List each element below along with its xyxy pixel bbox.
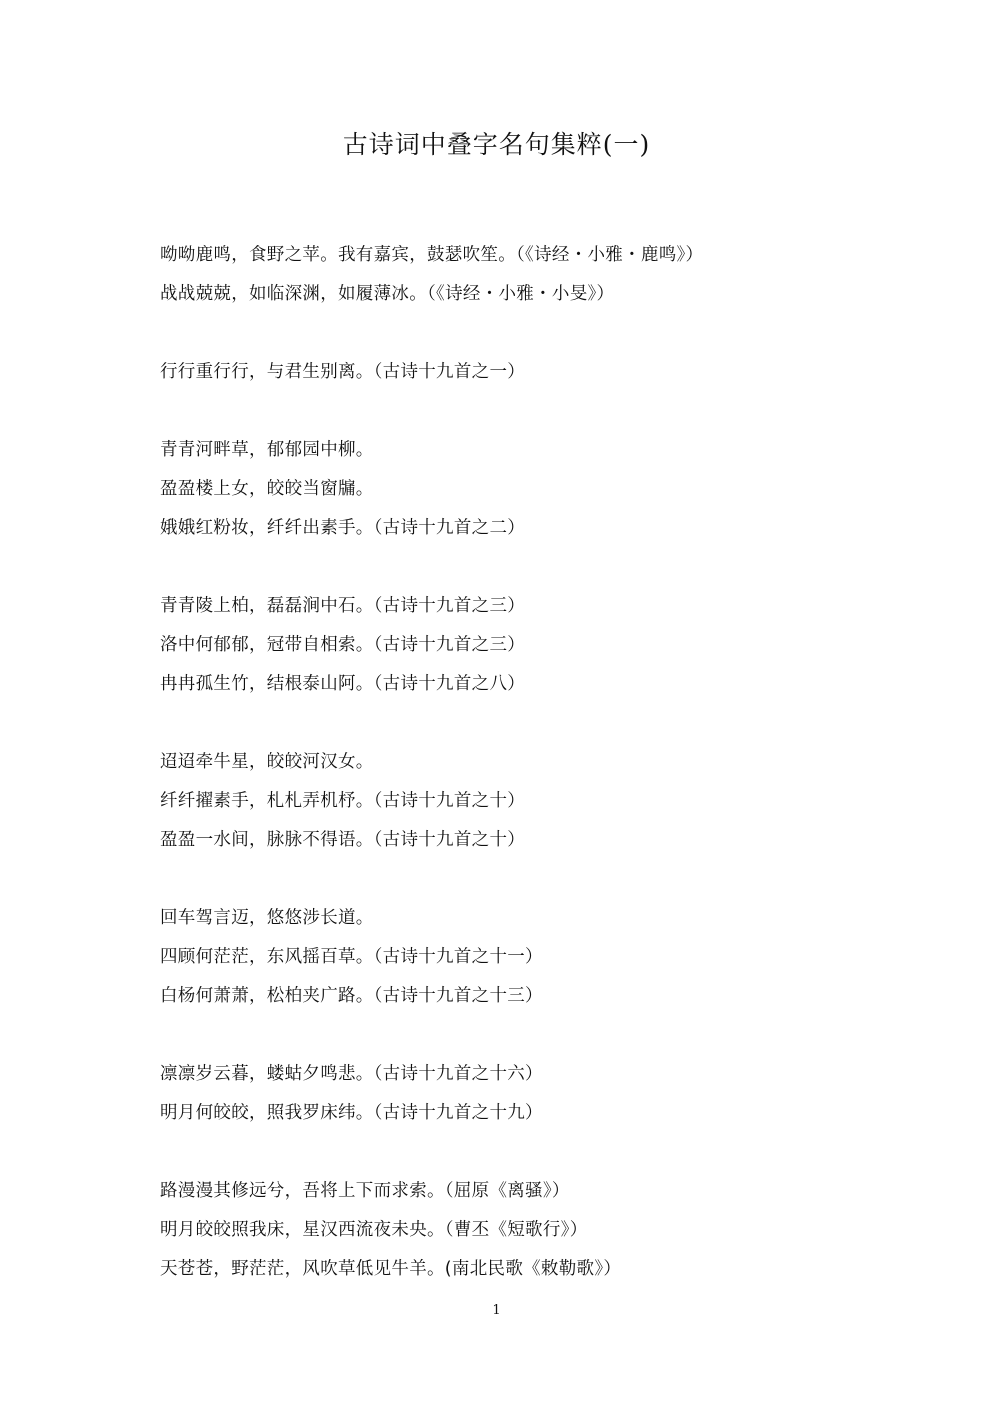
- blank-line: [160, 392, 860, 431]
- blank-line: [160, 1016, 860, 1055]
- text-line: 四顾何茫茫，东风摇百草。（古诗十九首之十一）: [160, 938, 860, 977]
- text-line: 盈盈楼上女，皎皎当窗牖。: [160, 470, 860, 509]
- text-line: 青青河畔草，郁郁园中柳。: [160, 431, 860, 470]
- blank-line: [160, 860, 860, 899]
- document-body: 呦呦鹿鸣，食野之苹。我有嘉宾，鼓瑟吹笙。（《诗经・小雅・鹿鸣》） 战战兢兢，如临…: [160, 236, 860, 1289]
- document-page: 古诗词中叠字名句集粹(一) 呦呦鹿鸣，食野之苹。我有嘉宾，鼓瑟吹笙。（《诗经・小…: [0, 0, 993, 1404]
- text-line: 纤纤擢素手，札札弄机杼。（古诗十九首之十）: [160, 782, 860, 821]
- text-line: 战战兢兢，如临深渊，如履薄冰。（《诗经・小雅・小旻》）: [160, 275, 860, 314]
- text-line: 迢迢牵牛星，皎皎河汉女。: [160, 743, 860, 782]
- text-line: 行行重行行，与君生别离。（古诗十九首之一）: [160, 353, 860, 392]
- text-line: 白杨何萧萧，松柏夹广路。（古诗十九首之十三）: [160, 977, 860, 1016]
- blank-line: [160, 548, 860, 587]
- text-line: 回车驾言迈，悠悠涉长道。: [160, 899, 860, 938]
- text-line: 盈盈一水间，脉脉不得语。（古诗十九首之十）: [160, 821, 860, 860]
- text-line: 明月何皎皎，照我罗床纬。（古诗十九首之十九）: [160, 1094, 860, 1133]
- text-line: 凛凛岁云暮，蝼蛄夕鸣悲。（古诗十九首之十六）: [160, 1055, 860, 1094]
- document-title: 古诗词中叠字名句集粹(一): [0, 127, 993, 163]
- page-number: 1: [0, 1302, 993, 1320]
- text-line: 娥娥红粉妆，纤纤出素手。（古诗十九首之二）: [160, 509, 860, 548]
- blank-line: [160, 1133, 860, 1172]
- blank-line: [160, 704, 860, 743]
- text-line: 冉冉孤生竹，结根泰山阿。（古诗十九首之八）: [160, 665, 860, 704]
- blank-line: [160, 314, 860, 353]
- text-line: 路漫漫其修远兮，吾将上下而求索。（屈原《离骚》）: [160, 1172, 860, 1211]
- text-line: 青青陵上柏，磊磊涧中石。（古诗十九首之三）: [160, 587, 860, 626]
- text-line: 呦呦鹿鸣，食野之苹。我有嘉宾，鼓瑟吹笙。（《诗经・小雅・鹿鸣》）: [160, 236, 860, 275]
- text-line: 天苍苍，野茫茫，风吹草低见牛羊。(南北民歌《敕勒歌》）: [160, 1250, 860, 1289]
- text-line: 洛中何郁郁，冠带自相索。（古诗十九首之三）: [160, 626, 860, 665]
- text-line: 明月皎皎照我床，星汉西流夜未央。（曹丕《短歌行》）: [160, 1211, 860, 1250]
